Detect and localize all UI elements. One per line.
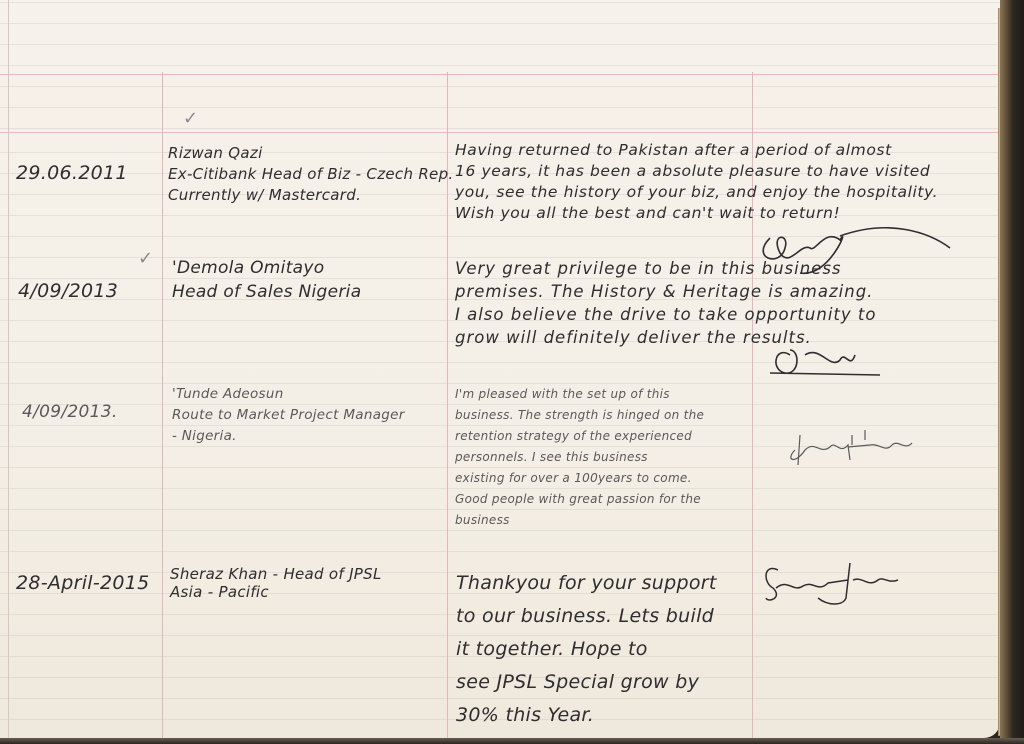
- signature-icon: [760, 335, 900, 385]
- margin-rule: [8, 0, 9, 738]
- entry-name: Rizwan Qazi Ex-Citibank Head of Biz - Cz…: [168, 143, 453, 206]
- guestbook-page: ✓ ✓ 29.06.2011 Rizwan Qazi Ex-Citibank H…: [0, 0, 1000, 738]
- entry-date: 28-April-2015: [16, 572, 150, 594]
- book-binding: [1000, 0, 1024, 744]
- entry-date: 4/09/2013: [18, 280, 118, 302]
- check-mark: ✓: [138, 248, 153, 269]
- entry-name: Sheraz Khan - Head of JPSL Asia - Pacifi…: [170, 565, 382, 601]
- entry-comment: Having returned to Pakistan after a peri…: [455, 140, 938, 224]
- header-rule-lower: [0, 132, 1000, 133]
- signature-icon: [780, 425, 940, 470]
- entry-comment: Thankyou for your support to our busines…: [456, 567, 717, 732]
- entry-date: 4/09/2013.: [22, 402, 118, 422]
- entry-name: 'Tunde Adeosun Route to Market Project M…: [172, 384, 405, 447]
- entry-comment: I'm pleased with the set up of this busi…: [455, 384, 704, 531]
- signature-icon: [758, 558, 918, 613]
- entry-date: 29.06.2011: [16, 162, 128, 184]
- entry-name: 'Demola Omitayo Head of Sales Nigeria: [172, 256, 361, 304]
- check-mark: ✓: [183, 108, 198, 129]
- book-binding-bottom: [0, 738, 1024, 744]
- header-rule: [0, 74, 1000, 75]
- column-rule-date: [162, 72, 163, 738]
